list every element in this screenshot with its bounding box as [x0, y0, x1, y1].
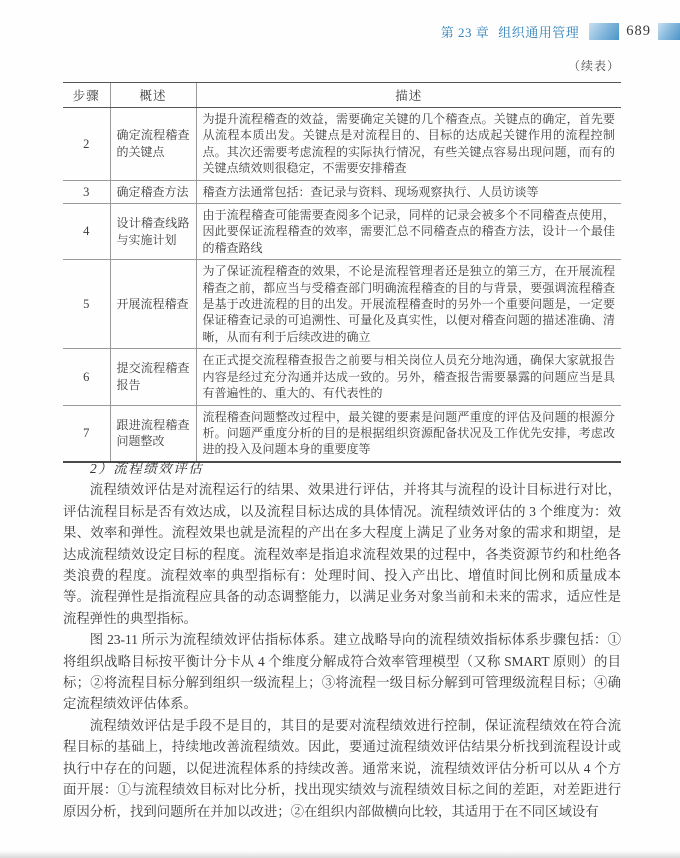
step-number: 5: [63, 260, 110, 349]
page-bottom-edge: [0, 851, 680, 858]
column-header-description: 描述: [196, 83, 621, 108]
section-heading: 2）流程绩效评估: [63, 458, 621, 479]
table-row: 5 开展流程稽查 为了保证流程稽查的效果，不论是流程管理者还是独立的第三方，在开…: [63, 260, 621, 349]
step-number: 2: [63, 108, 110, 181]
step-description: 流程稽查问题整改过程中，最关键的要素是问题严重度的评估及问题的根源分析。问题严重…: [196, 405, 621, 462]
step-number: 6: [63, 349, 110, 405]
chapter-name: 组织通用管理: [498, 25, 579, 40]
step-description: 为提升流程稽查的效益，需要确定关键的几个稽查点。关键点的确定，首先要从流程本质出…: [196, 108, 621, 181]
step-description: 在正式提交流程稽查报告之前要与相关岗位人员充分地沟通，确保大家就报告内容是经过充…: [196, 349, 621, 405]
header-edge-decor-box: [658, 23, 680, 40]
step-overview: 跟进流程稽查问题整改: [110, 405, 196, 462]
paragraph-process-performance-evaluation: 流程绩效评估是对流程运行的结果、效果进行评估，并将其与流程的设计目标进行对比，评…: [63, 479, 621, 629]
step-number: 4: [63, 204, 110, 260]
step-overview: 提交流程稽查报告: [110, 349, 196, 405]
step-description: 为了保证流程稽查的效果，不论是流程管理者还是独立的第三方，在开展流程稽查之前，都…: [196, 260, 621, 349]
step-description: 由于流程稽查可能需要查阅多个记录，同样的记录会被多个不同稽查点使用，因此要保证流…: [196, 204, 621, 260]
step-overview: 设计稽查线路与实施计划: [110, 204, 196, 260]
running-head: 第 23 章组织通用管理: [441, 22, 580, 41]
continued-table-label: （续表）: [568, 57, 620, 74]
book-page: 第 23 章组织通用管理 689 （续表） 步骤 概述 描述 2 确定流程稽查的…: [0, 0, 680, 858]
table-header-row: 步骤 概述 描述: [63, 83, 621, 108]
table-row: 2 确定流程稽查的关键点 为提升流程稽查的效益，需要确定关键的几个稽查点。关键点…: [63, 108, 621, 181]
step-number: 3: [63, 180, 110, 203]
step-overview: 开展流程稽查: [110, 260, 196, 349]
table-row: 6 提交流程稽查报告 在正式提交流程稽查报告之前要与相关岗位人员充分地沟通，确保…: [63, 349, 621, 405]
table-row: 7 跟进流程稽查问题整改 流程稽查问题整改过程中，最关键的要素是问题严重度的评估…: [63, 405, 621, 462]
paragraph-evaluation-purpose: 流程绩效评估是手段不是目的，其目的是要对流程绩效进行控制，保证流程绩效在符合流程…: [63, 715, 621, 822]
paragraph-indicator-system-steps: 图 23-11 所示为流程绩效评估指标体系。建立战略导向的流程绩效指标体系步骤包…: [63, 629, 621, 715]
table-row: 3 确定稽查方法 稽查方法通常包括：查记录与资料、现场观察执行、人员访谈等: [63, 180, 621, 203]
column-header-overview: 概述: [110, 83, 196, 108]
step-description: 稽查方法通常包括：查记录与资料、现场观察执行、人员访谈等: [196, 180, 621, 203]
chapter-number: 第 23 章: [441, 25, 490, 40]
body-text: 2）流程绩效评估 流程绩效评估是对流程运行的结果、效果进行评估，并将其与流程的设…: [63, 458, 621, 822]
table-row: 4 设计稽查线路与实施计划 由于流程稽查可能需要查阅多个记录，同样的记录会被多个…: [63, 204, 621, 260]
column-header-step: 步骤: [63, 83, 110, 108]
header-decor-box: [589, 23, 619, 40]
process-audit-steps-table: 步骤 概述 描述 2 确定流程稽查的关键点 为提升流程稽查的效益，需要确定关键的…: [63, 82, 621, 463]
step-overview: 确定稽查方法: [110, 180, 196, 203]
page-header: 第 23 章组织通用管理 689: [0, 22, 680, 40]
step-overview: 确定流程稽查的关键点: [110, 108, 196, 181]
page-number: 689: [626, 23, 651, 40]
step-number: 7: [63, 405, 110, 462]
